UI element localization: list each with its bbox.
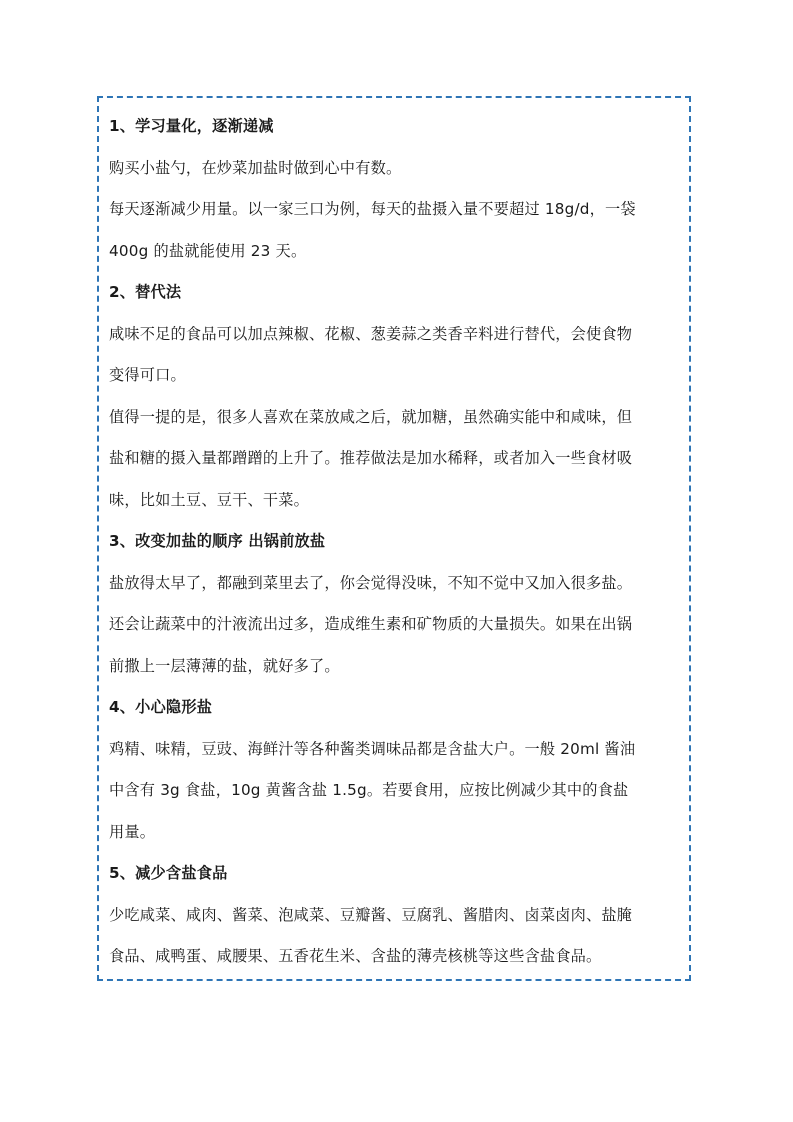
text-line: 中含有 3g 食盐，10g 黄酱含盐 1.5g。若要食用，应按比例减少其中的食盐 xyxy=(109,770,681,812)
text-line: 前撒上一层薄薄的盐，就好多了。 xyxy=(109,646,681,688)
section-heading: 4、小心隐形盐 xyxy=(109,687,681,729)
section-heading: 5、减少含盐食品 xyxy=(109,853,681,895)
text-line: 值得一提的是，很多人喜欢在菜放咸之后，就加糖，虽然确实能中和咸味，但 xyxy=(109,397,681,439)
paragraph: 盐放得太早了，都融到菜里去了，你会觉得没味，不知不觉中又加入很多盐。 还会让蔬菜… xyxy=(109,563,681,688)
paragraph: 鸡精、味精，豆豉、海鲜汁等各种酱类调味品都是含盐大户。一般 20ml 酱油 中含… xyxy=(109,729,681,854)
text-line: 盐和糖的摄入量都蹭蹭的上升了。推荐做法是加水稀释，或者加入一些食材吸 xyxy=(109,438,681,480)
section-1: 1、学习量化，逐渐递减 购买小盐勺，在炒菜加盐时做到心中有数。 每天逐渐减少用量… xyxy=(109,106,681,272)
section-4: 4、小心隐形盐 鸡精、味精，豆豉、海鲜汁等各种酱类调味品都是含盐大户。一般 20… xyxy=(109,687,681,853)
text-line: 盐放得太早了，都融到菜里去了，你会觉得没味，不知不觉中又加入很多盐。 xyxy=(109,563,681,605)
text-line: 食品、咸鸭蛋、咸腰果、五香花生米、含盐的薄壳核桃等这些含盐食品。 xyxy=(109,936,681,978)
section-heading: 2、替代法 xyxy=(109,272,681,314)
paragraph: 咸味不足的食品可以加点辣椒、花椒、葱姜蒜之类香辛料进行替代，会使食物 变得可口。 xyxy=(109,314,681,397)
section-heading: 3、改变加盐的顺序 出锅前放盐 xyxy=(109,521,681,563)
section-5: 5、减少含盐食品 少吃咸菜、咸肉、酱菜、泡咸菜、豆瓣酱、豆腐乳、酱腊肉、卤菜卤肉… xyxy=(109,853,681,978)
section-heading: 1、学习量化，逐渐递减 xyxy=(109,106,681,148)
text-line: 咸味不足的食品可以加点辣椒、花椒、葱姜蒜之类香辛料进行替代，会使食物 xyxy=(109,314,681,356)
text-line: 购买小盐勺，在炒菜加盐时做到心中有数。 xyxy=(109,148,681,190)
document-page: 1、学习量化，逐渐递减 购买小盐勺，在炒菜加盐时做到心中有数。 每天逐渐减少用量… xyxy=(0,0,793,1122)
paragraph: 每天逐渐减少用量。以一家三口为例，每天的盐摄入量不要超过 18g/d，一袋 40… xyxy=(109,189,681,272)
paragraph: 购买小盐勺，在炒菜加盐时做到心中有数。 xyxy=(109,148,681,190)
paragraph: 少吃咸菜、咸肉、酱菜、泡咸菜、豆瓣酱、豆腐乳、酱腊肉、卤菜卤肉、盐腌 食品、咸鸭… xyxy=(109,895,681,978)
text-line: 鸡精、味精，豆豉、海鲜汁等各种酱类调味品都是含盐大户。一般 20ml 酱油 xyxy=(109,729,681,771)
text-line: 少吃咸菜、咸肉、酱菜、泡咸菜、豆瓣酱、豆腐乳、酱腊肉、卤菜卤肉、盐腌 xyxy=(109,895,681,937)
content-body: 1、学习量化，逐渐递减 购买小盐勺，在炒菜加盐时做到心中有数。 每天逐渐减少用量… xyxy=(109,106,681,978)
text-line: 400g 的盐就能使用 23 天。 xyxy=(109,231,681,273)
section-3: 3、改变加盐的顺序 出锅前放盐 盐放得太早了，都融到菜里去了，你会觉得没味，不知… xyxy=(109,521,681,687)
text-line: 每天逐渐减少用量。以一家三口为例，每天的盐摄入量不要超过 18g/d，一袋 xyxy=(109,189,681,231)
text-line: 变得可口。 xyxy=(109,355,681,397)
dashed-content-box: 1、学习量化，逐渐递减 购买小盐勺，在炒菜加盐时做到心中有数。 每天逐渐减少用量… xyxy=(97,96,691,981)
text-line: 还会让蔬菜中的汁液流出过多，造成维生素和矿物质的大量损失。如果在出锅 xyxy=(109,604,681,646)
section-2: 2、替代法 咸味不足的食品可以加点辣椒、花椒、葱姜蒜之类香辛料进行替代，会使食物… xyxy=(109,272,681,521)
text-line: 用量。 xyxy=(109,812,681,854)
text-line: 味，比如土豆、豆干、干菜。 xyxy=(109,480,681,522)
paragraph: 值得一提的是，很多人喜欢在菜放咸之后，就加糖，虽然确实能中和咸味，但 盐和糖的摄… xyxy=(109,397,681,522)
